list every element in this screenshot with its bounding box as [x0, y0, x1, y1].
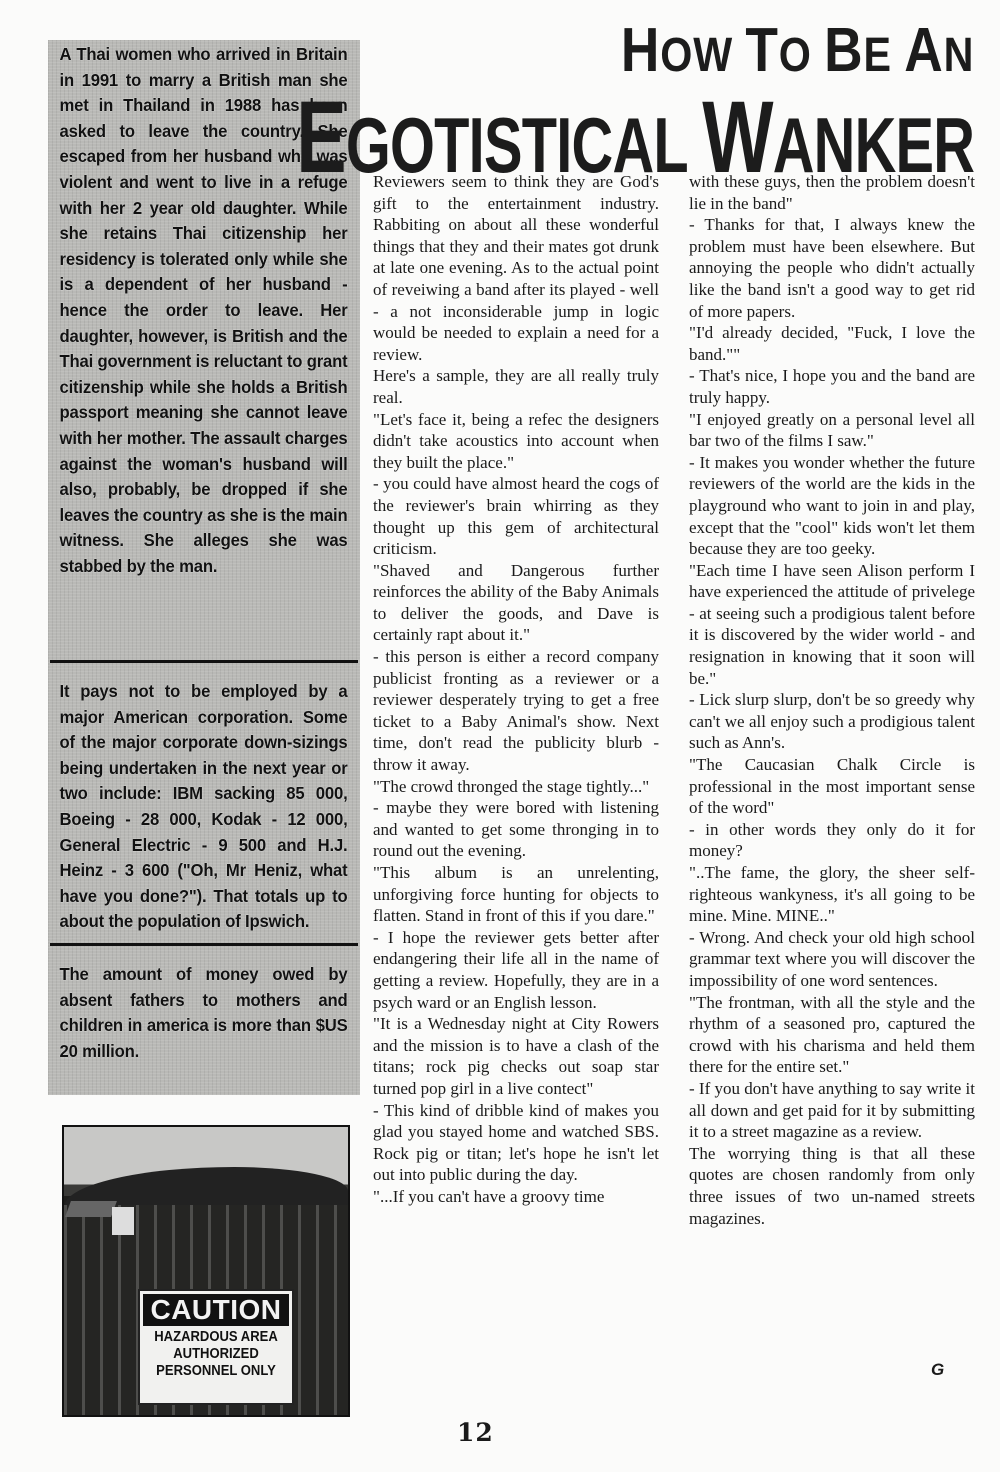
quote: with these guys, then the problem doesn'…	[689, 171, 975, 214]
sign-line: PERSONNEL ONLY	[148, 1363, 285, 1380]
closing-paragraph: The worrying thing is that all these quo…	[689, 1143, 975, 1229]
response: - Wrong. And check your old high school …	[689, 927, 975, 992]
paragraph: Here's a sample, they are all really tru…	[373, 365, 659, 408]
response: - maybe they were bored with listening a…	[373, 797, 659, 862]
response: - in other words they only do it for mon…	[689, 819, 975, 862]
quote: "Shaved and Dangerous further reinforces…	[373, 560, 659, 646]
quote: "The Caucasian Chalk Circle is professio…	[689, 754, 975, 819]
quote: "Each time I have seen Alison perform I …	[689, 560, 975, 690]
response: - Thanks for that, I always knew the pro…	[689, 214, 975, 322]
news-briefs-sidebar: A Thai women who arrived in Britain in 1…	[48, 40, 360, 1095]
sign-heading: CAUTION	[143, 1294, 289, 1326]
shed	[112, 1207, 134, 1235]
quote: "This album is an unrelenting, unforgivi…	[373, 862, 659, 927]
shed-roof	[65, 1201, 117, 1217]
response: - Lick slurp slurp, don't be so greedy w…	[689, 689, 975, 754]
response: - this person is either a record company…	[373, 646, 659, 776]
caution-sign-photo: CAUTION HAZARDOUS AREA AUTHORIZED PERSON…	[62, 1125, 350, 1417]
paragraph: Reviewers seem to think they are God's g…	[373, 171, 659, 365]
caution-sign: CAUTION HAZARDOUS AREA AUTHORIZED PERSON…	[138, 1289, 294, 1405]
quote: "I'd already decided, "Fuck, I love the …	[689, 322, 975, 365]
sign-line: HAZARDOUS AREA	[148, 1329, 285, 1346]
brief-absent-fathers: The amount of money owed by absent fathe…	[48, 946, 357, 1064]
brief-corporate-downsizing: It pays not to be employed by a major Am…	[48, 663, 357, 943]
response: - I hope the reviewer gets better after …	[373, 927, 659, 1013]
author-signoff: G	[931, 1360, 944, 1380]
quote: "Let's face it, being a refec the design…	[373, 409, 659, 474]
quote: "..The fame, the glory, the sheer self-r…	[689, 862, 975, 927]
sign-line: AUTHORIZED	[148, 1346, 285, 1363]
article-headline: HOW TO BE AN EGOTISTICAL WANKER	[58, 20, 974, 188]
headline-line-1: HOW TO BE AN	[186, 20, 974, 82]
quote: "I enjoyed greatly on a personal level a…	[689, 409, 975, 452]
response: - It makes you wonder whether the future…	[689, 452, 975, 560]
quote: "The frontman, with all the style and th…	[689, 992, 975, 1078]
quote: "The crowd thronged the stage tightly...…	[373, 776, 659, 798]
quote: "...If you can't have a groovy time	[373, 1186, 659, 1208]
article-column-1: Reviewers seem to think they are God's g…	[373, 171, 659, 1208]
article-column-2: with these guys, then the problem doesn'…	[689, 171, 975, 1229]
response: - This kind of dribble kind of makes you…	[373, 1100, 659, 1186]
quote: "It is a Wednesday night at City Rowers …	[373, 1013, 659, 1099]
response: - That's nice, I hope you and the band a…	[689, 365, 975, 408]
response: - If you don't have anything to say writ…	[689, 1078, 975, 1143]
page-number: 12	[457, 1418, 494, 1447]
response: - you could have almost heard the cogs o…	[373, 473, 659, 559]
